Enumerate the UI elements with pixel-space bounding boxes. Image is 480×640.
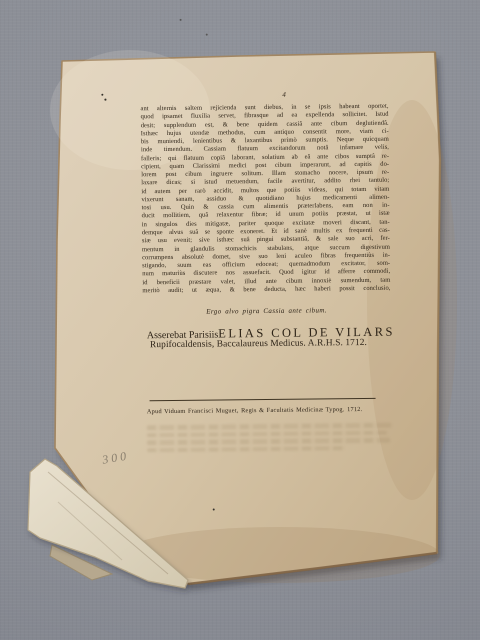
handwritten-price-mark: 300 [101, 448, 130, 467]
imprint-line: Apud Viduam Francisci Muguet, Regis & Fa… [126, 406, 384, 416]
ink-speck [101, 94, 103, 96]
showthrough-line [147, 438, 390, 445]
photo-backdrop: 4 ant alternis saltem rejicienda sunt di… [0, 0, 480, 640]
body-text: ant alternis saltem rejicienda sunt dieb… [140, 103, 390, 296]
ink-speck [213, 509, 215, 511]
showthrough-line [147, 446, 345, 453]
showthrough-line [147, 423, 393, 430]
page-number: 4 [282, 91, 286, 99]
dust-speck [180, 19, 182, 21]
conclusion-line: Ergo alvo pigra Cassia ante cibum. [143, 306, 391, 317]
page-content: 4 ant alternis saltem rejicienda sunt di… [0, 0, 480, 640]
attribution-line2: Rupifocaldensis, Baccalaureus Medicus. A… [150, 338, 384, 350]
ink-speck [104, 99, 106, 101]
showthrough-line [147, 430, 387, 437]
body-text-line: meritò audit; ut æqua, & bene deducta, h… [142, 285, 390, 296]
imprint-divider-rule [150, 398, 376, 401]
ink-showthrough [147, 423, 393, 456]
dust-speck [206, 34, 208, 36]
